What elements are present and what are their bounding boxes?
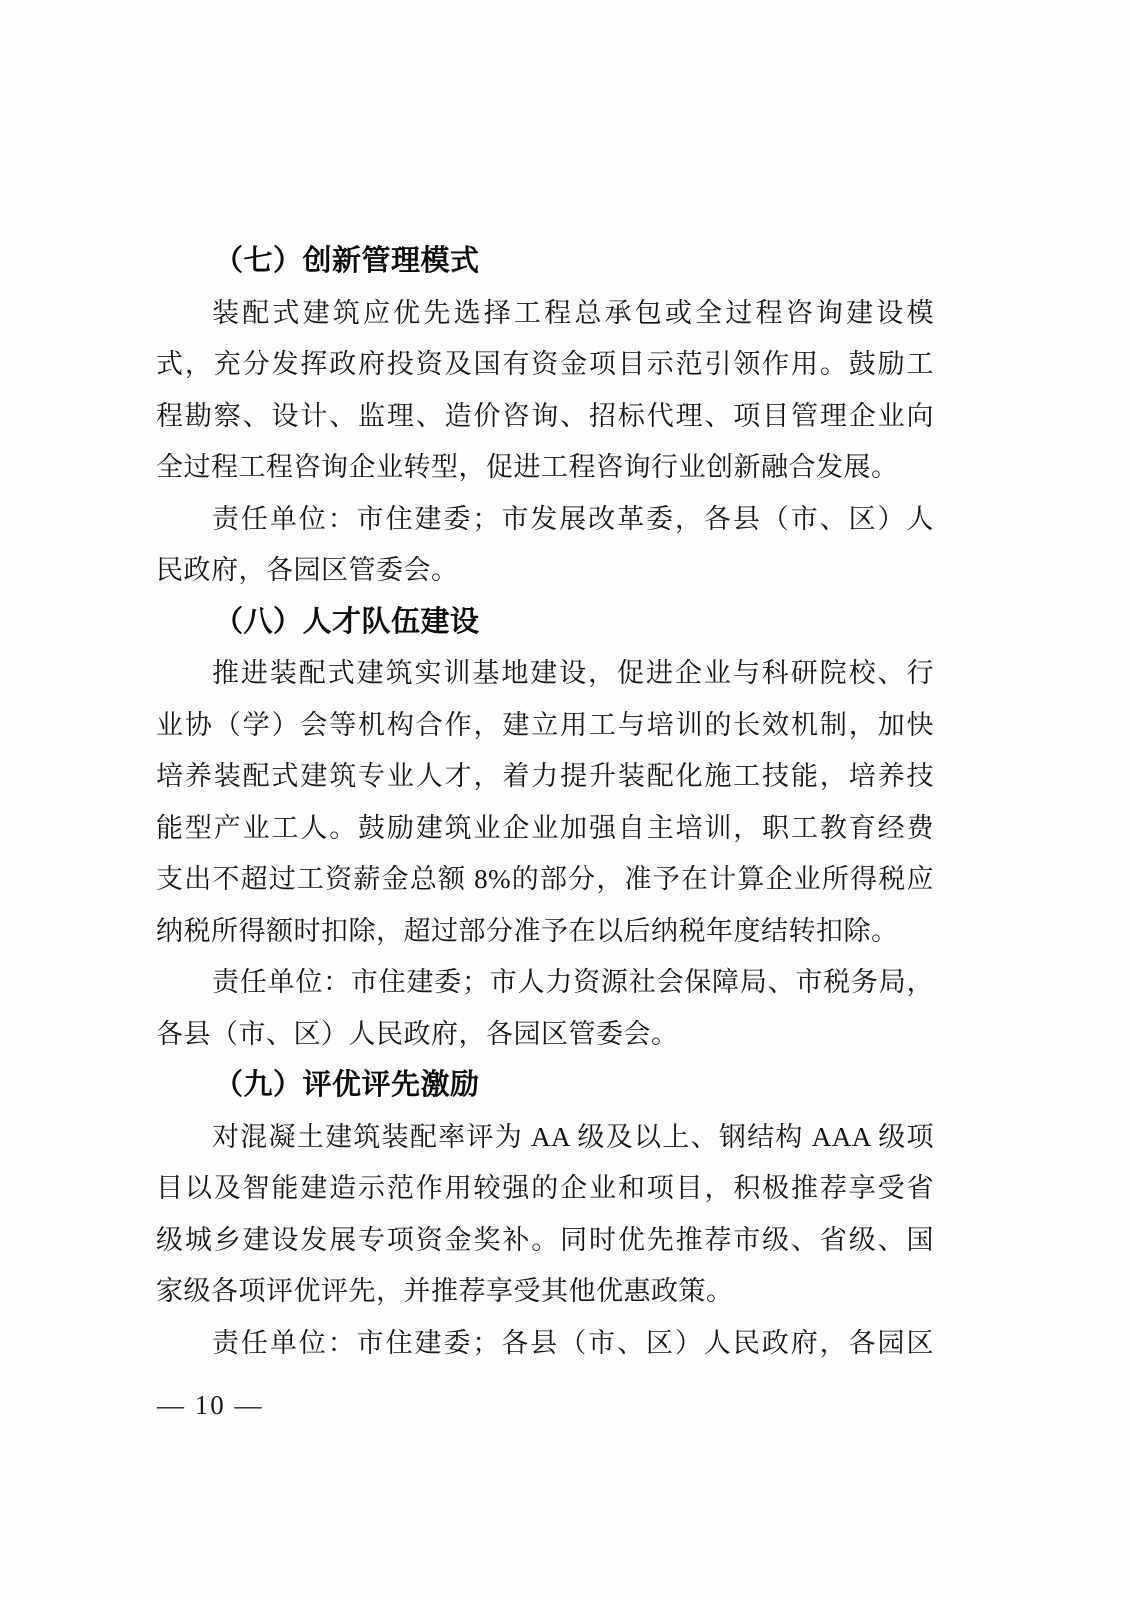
page-number: — 10 — xyxy=(157,1390,264,1421)
text-line: 级城乡建设发展专项资金奖补。同时优先推荐市级、省级、国 xyxy=(156,1215,934,1267)
text-line: 对混凝土建筑装配率评为 AA 级及以上、钢结构 AAA 级项 xyxy=(156,1112,934,1164)
text-line: 责任单位：市住建委；各县（市、区）人民政府，各园区 xyxy=(156,1318,934,1370)
text-line: 纳税所得额时扣除，超过部分准予在以后纳税年度结转扣除。 xyxy=(156,906,934,958)
document-page: （七）创新管理模式 装配式建筑应优先选择工程总承包或全过程咨询建设模 式，充分发… xyxy=(0,0,1130,1600)
text-line: 程勘察、设计、监理、造价咨询、招标代理、项目管理企业向 xyxy=(156,391,934,443)
text-line: 责任单位：市住建委；市人力资源社会保障局、市税务局， xyxy=(156,957,934,1009)
text-line: 装配式建筑应优先选择工程总承包或全过程咨询建设模 xyxy=(156,288,934,340)
text-line: 支出不超过工资薪金总额 8%的部分，准予在计算企业所得税应 xyxy=(156,854,934,906)
text-line: 各县（市、区）人民政府，各园区管委会。 xyxy=(156,1009,934,1061)
section-heading: （七）创新管理模式 xyxy=(156,236,934,288)
text-line: 责任单位：市住建委；市发展改革委，各县（市、区）人 xyxy=(156,494,934,546)
text-line: 式，充分发挥政府投资及国有资金项目示范引领作用。鼓励工 xyxy=(156,339,934,391)
text-line: 培养装配式建筑专业人才，着力提升装配化施工技能，培养技 xyxy=(156,751,934,803)
text-line: 全过程工程咨询企业转型，促进工程咨询行业创新融合发展。 xyxy=(156,442,934,494)
text-line: 能型产业工人。鼓励建筑业企业加强自主培训，职工教育经费 xyxy=(156,803,934,855)
text-line: 家级各项评优评先，并推荐享受其他优惠政策。 xyxy=(156,1266,934,1318)
section-heading: （八）人才队伍建设 xyxy=(156,597,934,649)
text-line: 业协（学）会等机构合作，建立用工与培训的长效机制，加快 xyxy=(156,700,934,752)
document-body: （七）创新管理模式 装配式建筑应优先选择工程总承包或全过程咨询建设模 式，充分发… xyxy=(156,236,934,1369)
text-line: 推进装配式建筑实训基地建设，促进企业与科研院校、行 xyxy=(156,648,934,700)
text-line: 目以及智能建造示范作用较强的企业和项目，积极推荐享受省 xyxy=(156,1163,934,1215)
section-heading: （九）评优评先激励 xyxy=(156,1060,934,1112)
text-line: 民政府，各园区管委会。 xyxy=(156,545,934,597)
